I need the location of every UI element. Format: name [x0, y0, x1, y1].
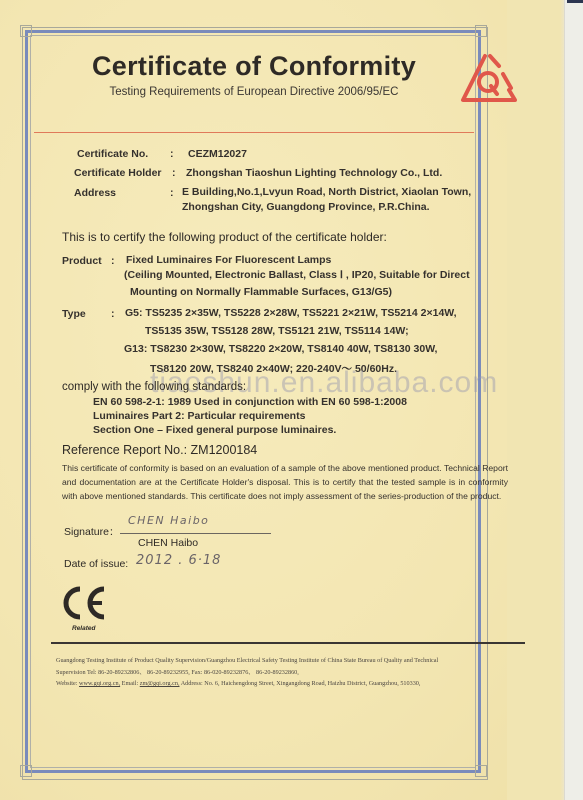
issuer-footer: Guangdong Testing Institute of Product Q… — [56, 655, 521, 690]
type-label: Type — [62, 308, 86, 320]
certificate-subtitle: Testing Requirements of European Directi… — [0, 86, 508, 98]
type-line: G13: TS8230 2×30W, TS8220 2×20W, TS8140 … — [124, 343, 437, 355]
address-line-1: E Building,No.1,Lvyun Road, North Distri… — [182, 186, 471, 198]
certificate-holder-label: Certificate Holder — [74, 167, 162, 179]
footer-email-link[interactable]: zm@gqi.org.cn, — [140, 680, 180, 687]
certificate-holder-value: Zhongshan Tiaoshun Lighting Technology C… — [186, 167, 442, 179]
separator: : — [170, 148, 174, 160]
product-line: (Ceiling Mounted, Electronic Ballast, Cl… — [124, 269, 470, 281]
certificate-no-value: CEZM12027 — [188, 148, 247, 160]
frame-corner — [475, 765, 487, 777]
scan-edge-dark — [567, 0, 583, 3]
date-of-issue-label: Date of issue: — [64, 558, 128, 570]
footer-institute: Guangdong Testing Institute of Product Q… — [56, 655, 521, 667]
address-line-2: Zhongshan City, Guangdong Province, P.R.… — [182, 201, 430, 213]
type-line: TS5135 35W, TS5128 28W, TS5121 21W, TS51… — [145, 325, 409, 337]
standards-intro: comply with the following standards: — [62, 381, 246, 393]
date-of-issue-value: 2012 . 6·18 — [136, 553, 221, 568]
scan-edge-inner — [564, 0, 583, 800]
standard-line: Luminaires Part 2: Particular requiremen… — [93, 410, 305, 422]
address-label: Address — [74, 187, 116, 199]
frame-corner — [475, 25, 487, 37]
certify-intro: This is to certify the following product… — [62, 230, 387, 244]
footer-website-label: Website: — [56, 680, 78, 687]
header-divider — [34, 132, 474, 133]
footer-address: Address: No. 6, Haichengdong Street, Xin… — [181, 680, 421, 687]
ce-caption: Related — [72, 625, 95, 632]
separator: : — [111, 255, 115, 267]
footer-email-label: Email: — [122, 680, 139, 687]
cqc-logo-icon — [455, 50, 525, 112]
certificate-no-label: Certificate No. — [77, 148, 148, 160]
type-line: G5: TS5235 2×35W, TS5228 2×28W, TS5221 2… — [125, 307, 457, 319]
signature-label: Signature： — [64, 524, 119, 539]
separator: : — [172, 167, 176, 179]
conformity-statement: This certificate of conformity is based … — [62, 461, 508, 504]
certificate-title: Certificate of Conformity — [0, 51, 508, 82]
handwritten-signature: CHEN Haibo — [128, 514, 209, 527]
footer-divider — [51, 642, 525, 644]
signatory-name: CHEN Haibo — [138, 537, 198, 549]
standard-line: EN 60 598-2-1: 1989 Used in conjunction … — [93, 396, 407, 408]
product-line: Mounting on Normally Flammable Surfaces,… — [130, 286, 392, 298]
ce-mark-icon — [60, 585, 110, 621]
footer-website-link[interactable]: www.gqi.org.cn, — [79, 680, 120, 687]
frame-corner — [20, 25, 32, 37]
product-line: Fixed Luminaires For Fluorescent Lamps — [126, 254, 331, 266]
footer-address-row: Website: www.gqi.org.cn, Email: zm@gqi.o… — [56, 678, 521, 690]
standard-line: Section One – Fixed general purpose lumi… — [93, 424, 336, 436]
footer-contact: Supervision Tel: 86-20-89232806、 86-20-8… — [56, 667, 521, 679]
reference-report-no: Reference Report No.: ZM1200184 — [62, 443, 257, 457]
frame-corner — [20, 765, 32, 777]
product-label: Product — [62, 255, 102, 267]
signature-line — [120, 533, 271, 534]
separator: : — [170, 187, 174, 199]
separator: : — [111, 308, 115, 320]
